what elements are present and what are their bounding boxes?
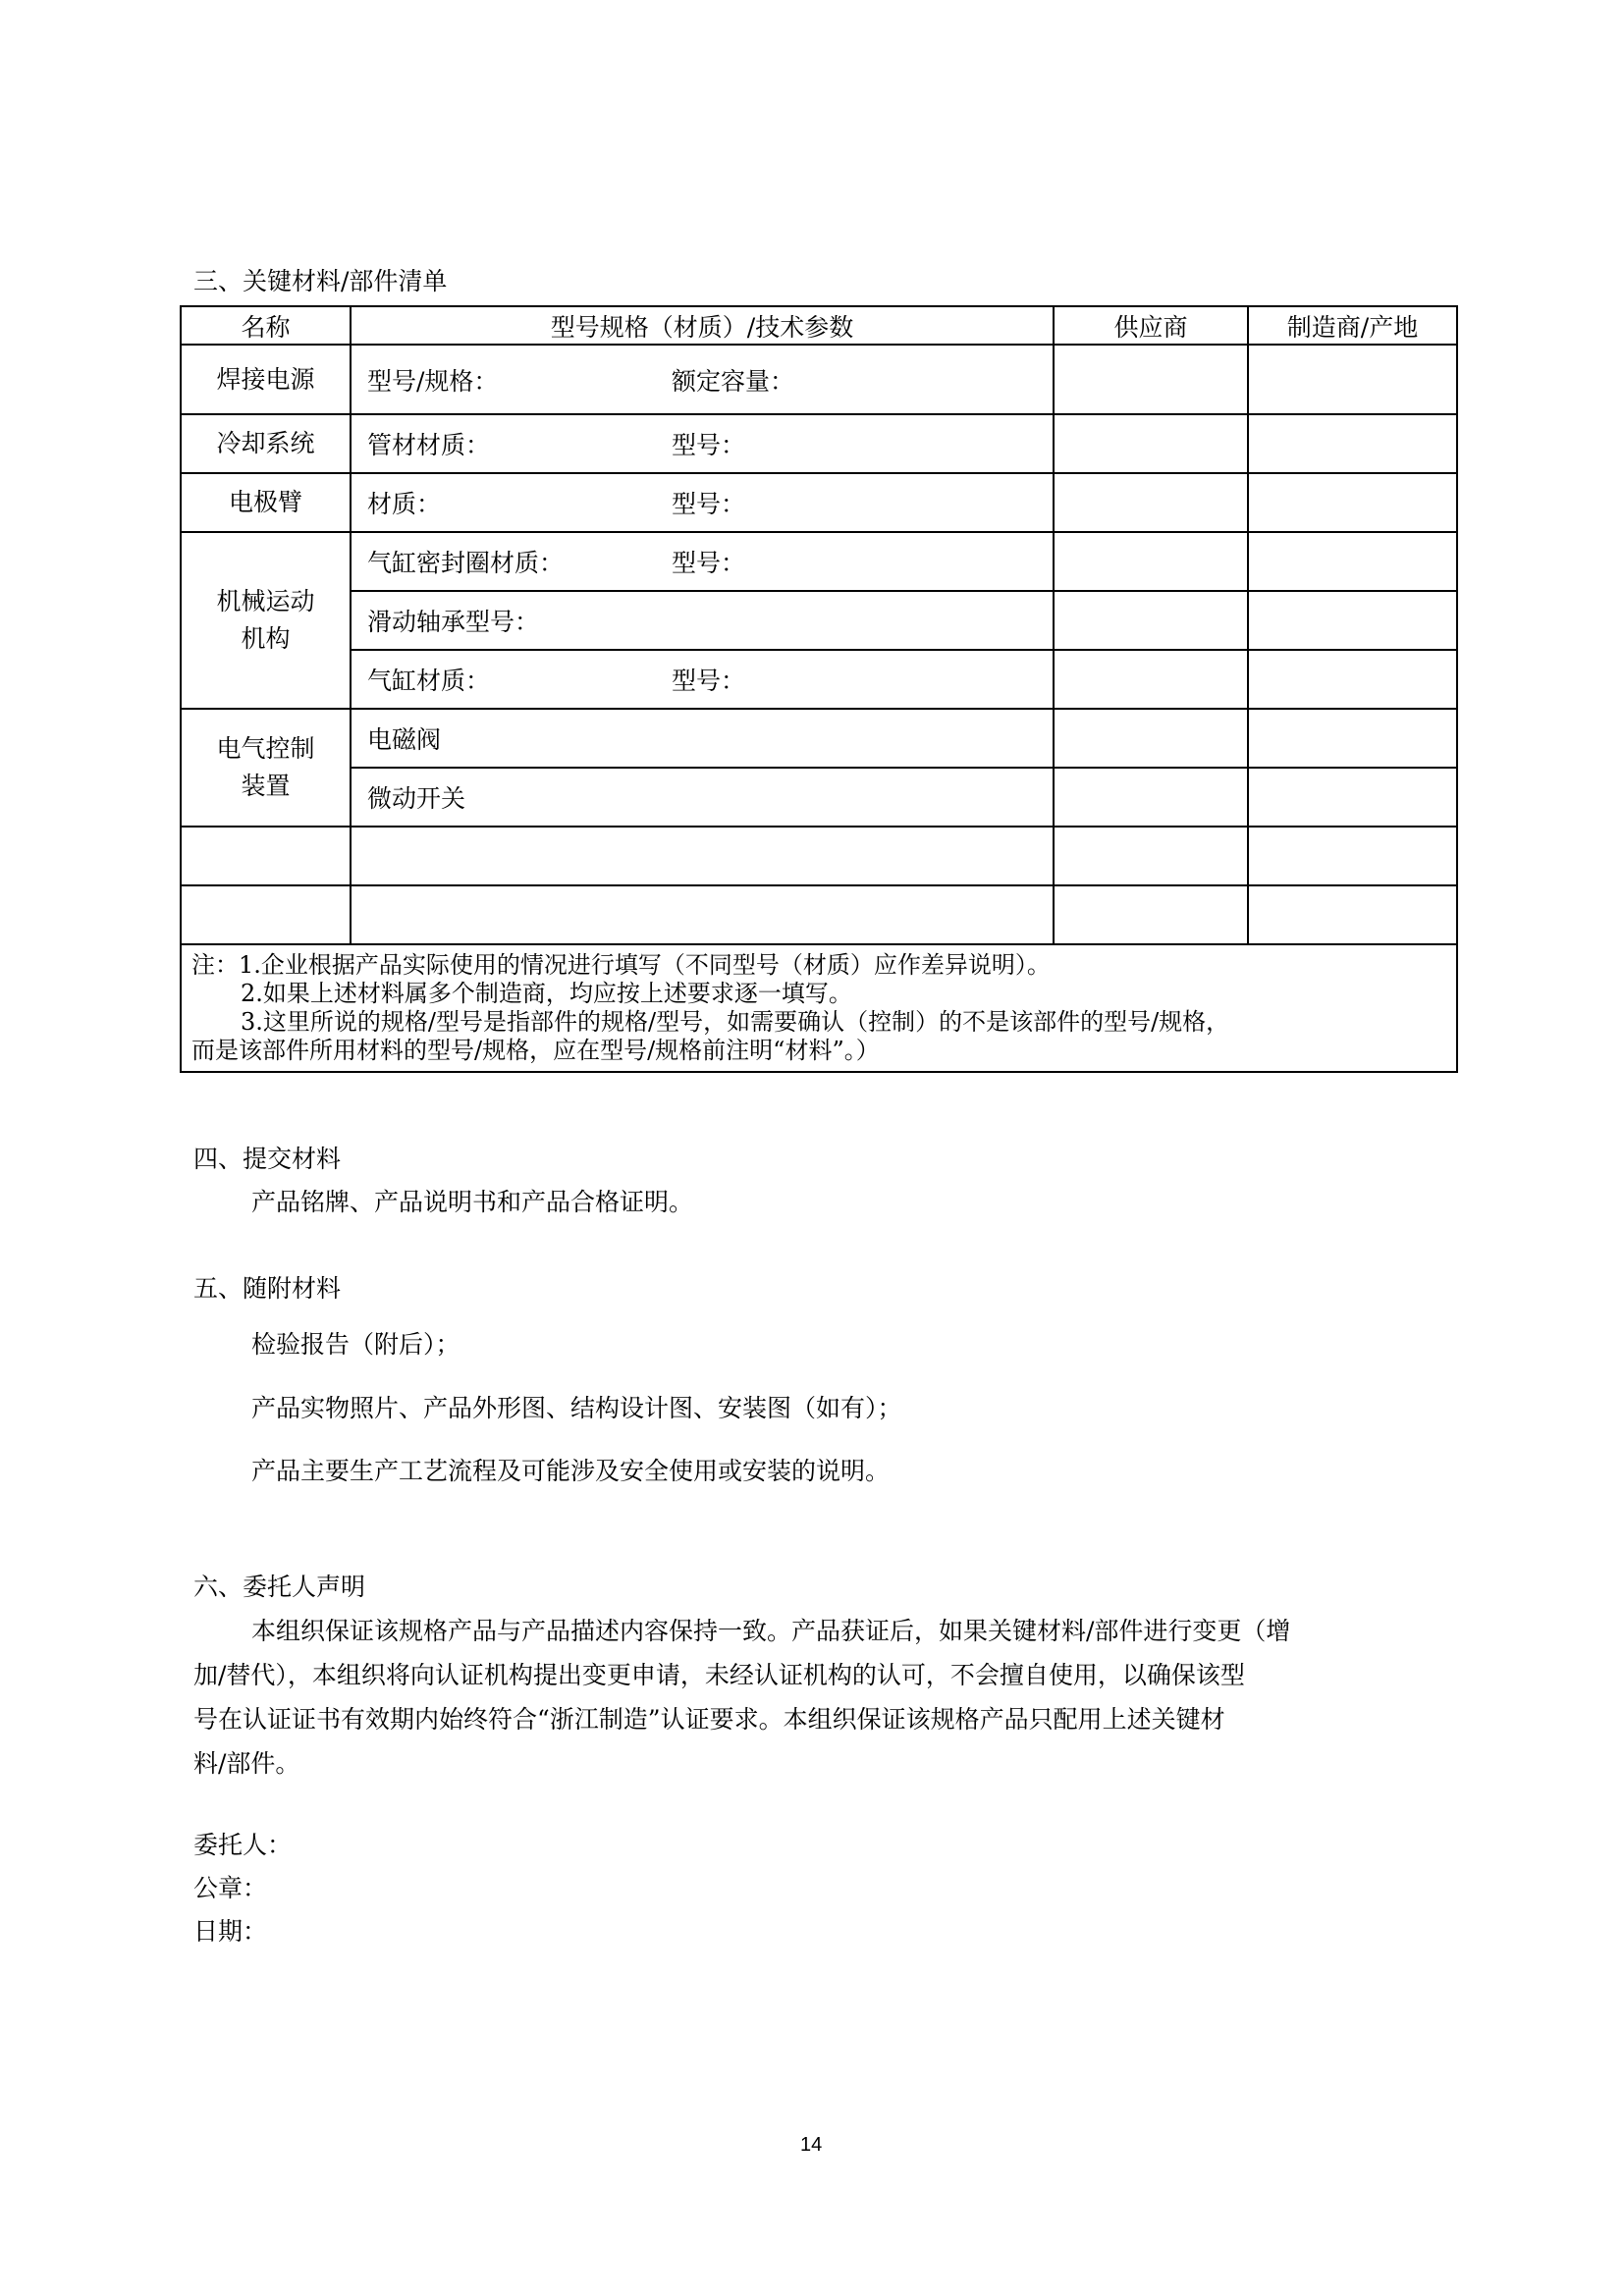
spec-label-b: 型号： xyxy=(672,431,745,459)
header-spec: 型号规格（材质）/技术参数 xyxy=(351,306,1054,345)
declaration-line: 本组织保证该规格产品与产品描述内容保持一致。产品获证后，如果关键材料/部件进行变… xyxy=(251,1617,1290,1646)
supplier-cell[interactable] xyxy=(1054,885,1248,944)
section-4-title: 四、提交材料 xyxy=(193,1145,341,1174)
spec-label-a: 气缸材质： xyxy=(367,662,672,697)
table-subrow: 微动开关 xyxy=(181,768,1457,827)
supplier-cell[interactable] xyxy=(1054,827,1248,885)
date-label: 日期： xyxy=(193,1917,267,1947)
table-row: 机械运动 机构 气缸密封圈材质：型号： xyxy=(181,532,1457,591)
seal-label: 公章： xyxy=(193,1874,267,1903)
spec-cell[interactable] xyxy=(351,885,1054,944)
declaration-line: 料/部件。 xyxy=(193,1749,299,1779)
table-row: 冷却系统 管材材质：型号： xyxy=(181,414,1457,473)
key-parts-table: 名称 型号规格（材质）/技术参数 供应商 制造商/产地 焊接电源 型号/规格：额… xyxy=(180,305,1458,1073)
spec-label-b: 型号： xyxy=(672,490,745,518)
section-5-title: 五、随附材料 xyxy=(193,1274,341,1304)
supplier-cell[interactable] xyxy=(1054,345,1248,414)
table-subrow: 滑动轴承型号： xyxy=(181,591,1457,650)
spec-label-a: 气缸密封圈材质： xyxy=(367,544,672,579)
supplier-cell[interactable] xyxy=(1054,532,1248,591)
row-spec[interactable]: 气缸密封圈材质：型号： xyxy=(351,532,1054,591)
manufacturer-cell[interactable] xyxy=(1248,768,1457,827)
client-signature-label: 委托人： xyxy=(193,1831,292,1860)
spec-label-b: 额定容量： xyxy=(672,367,794,396)
spec-label-a: 材质： xyxy=(367,485,672,520)
manufacturer-cell[interactable] xyxy=(1248,532,1457,591)
note-3-continued: 而是该部件所用材料的型号/规格，应在型号/规格前注明“材料”。） xyxy=(191,1037,1446,1065)
supplier-cell[interactable] xyxy=(1054,709,1248,768)
supplier-cell[interactable] xyxy=(1054,591,1248,650)
spec-label-b: 型号： xyxy=(672,667,745,695)
spec-label-a: 滑动轴承型号： xyxy=(367,608,539,636)
section-6-title: 六、委托人声明 xyxy=(193,1573,365,1602)
note-2: 2.如果上述材料属多个制造商，均应按上述要求逐一填写。 xyxy=(191,980,1446,1008)
header-manufacturer: 制造商/产地 xyxy=(1248,306,1457,345)
supplier-cell[interactable] xyxy=(1054,473,1248,532)
spec-label-a: 型号/规格： xyxy=(367,362,672,398)
supplier-cell[interactable] xyxy=(1054,768,1248,827)
name-cell[interactable] xyxy=(181,885,351,944)
spec-label-a: 电磁阀 xyxy=(367,725,441,754)
supplier-cell[interactable] xyxy=(1054,414,1248,473)
name-cell[interactable] xyxy=(181,827,351,885)
attachment-item: 产品实物照片、产品外形图、结构设计图、安装图（如有）； xyxy=(251,1394,902,1423)
manufacturer-cell[interactable] xyxy=(1248,414,1457,473)
section-4-body: 产品铭牌、产品说明书和产品合格证明。 xyxy=(251,1188,693,1217)
declaration-line: 号在认证证书有效期内始终符合“浙江制造”认证要求。本组织保证该规格产品只配用上述… xyxy=(193,1705,1225,1735)
row-name: 电极臂 xyxy=(181,473,351,532)
manufacturer-cell[interactable] xyxy=(1248,473,1457,532)
table-notes: 注：1.企业根据产品实际使用的情况进行填写（不同型号（材质）应作差异说明）。 2… xyxy=(181,944,1457,1072)
row-name: 冷却系统 xyxy=(181,414,351,473)
spec-cell[interactable] xyxy=(351,827,1054,885)
table-row: 电极臂 材质：型号： xyxy=(181,473,1457,532)
row-name-line-1: 电气控制 xyxy=(182,730,350,768)
row-name-line-2: 装置 xyxy=(182,768,350,805)
header-supplier: 供应商 xyxy=(1054,306,1248,345)
row-spec[interactable]: 气缸材质：型号： xyxy=(351,650,1054,709)
spec-label-b: 型号： xyxy=(672,549,745,577)
page-number: 14 xyxy=(800,2134,822,2157)
row-spec[interactable]: 微动开关 xyxy=(351,768,1054,827)
manufacturer-cell[interactable] xyxy=(1248,650,1457,709)
manufacturer-cell[interactable] xyxy=(1248,345,1457,414)
row-spec[interactable]: 滑动轴承型号： xyxy=(351,591,1054,650)
row-spec[interactable]: 型号/规格：额定容量： xyxy=(351,345,1054,414)
table-row-blank xyxy=(181,827,1457,885)
supplier-cell[interactable] xyxy=(1054,650,1248,709)
header-name: 名称 xyxy=(181,306,351,345)
section-3-title: 三、关键材料/部件清单 xyxy=(193,267,447,296)
row-spec[interactable]: 管材材质：型号： xyxy=(351,414,1054,473)
row-name: 电气控制 装置 xyxy=(181,709,351,827)
row-name-line-2: 机构 xyxy=(182,620,350,658)
note-3: 3.这里所说的规格/型号是指部件的规格/型号，如需要确认（控制）的不是该部件的型… xyxy=(191,1008,1446,1037)
spec-label-a: 微动开关 xyxy=(367,784,465,813)
attachment-item: 产品主要生产工艺流程及可能涉及安全使用或安装的说明。 xyxy=(251,1457,890,1486)
table-subrow: 气缸材质：型号： xyxy=(181,650,1457,709)
manufacturer-cell[interactable] xyxy=(1248,591,1457,650)
manufacturer-cell[interactable] xyxy=(1248,827,1457,885)
manufacturer-cell[interactable] xyxy=(1248,709,1457,768)
table-row: 电气控制 装置 电磁阀 xyxy=(181,709,1457,768)
attachment-item: 检验报告（附后）； xyxy=(251,1330,460,1360)
table-notes-row: 注：1.企业根据产品实际使用的情况进行填写（不同型号（材质）应作差异说明）。 2… xyxy=(181,944,1457,1072)
row-name: 焊接电源 xyxy=(181,345,351,414)
table-row-blank xyxy=(181,885,1457,944)
row-spec[interactable]: 电磁阀 xyxy=(351,709,1054,768)
declaration-line: 加/替代），本组织将向认证机构提出变更申请，未经认证机构的认可，不会擅自使用，以… xyxy=(193,1661,1245,1690)
row-name: 机械运动 机构 xyxy=(181,532,351,709)
row-name-line-1: 机械运动 xyxy=(182,583,350,620)
manufacturer-cell[interactable] xyxy=(1248,885,1457,944)
table-row: 焊接电源 型号/规格：额定容量： xyxy=(181,345,1457,414)
note-1: 注：1.企业根据产品实际使用的情况进行填写（不同型号（材质）应作差异说明）。 xyxy=(191,951,1446,980)
spec-label-a: 管材材质： xyxy=(367,426,672,461)
row-spec[interactable]: 材质：型号： xyxy=(351,473,1054,532)
table-header-row: 名称 型号规格（材质）/技术参数 供应商 制造商/产地 xyxy=(181,306,1457,345)
